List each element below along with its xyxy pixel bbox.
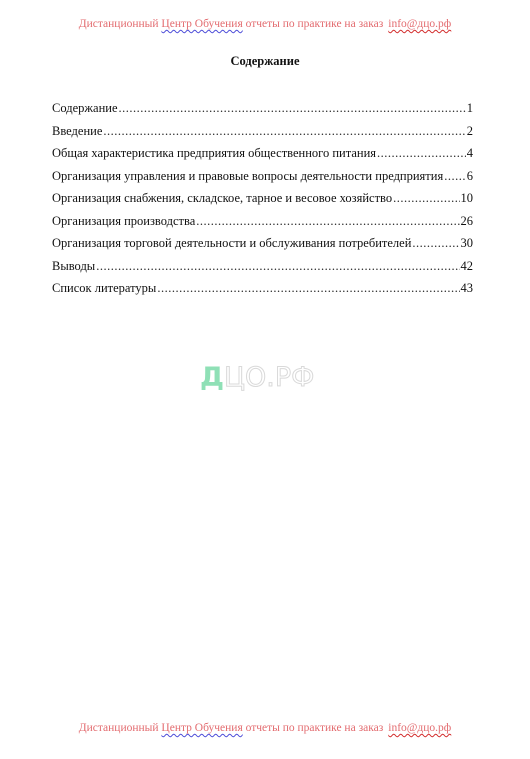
toc-entry-label: Организация снабжения, складское, тарное… <box>52 191 392 206</box>
toc-entry-label: Организация производства <box>52 214 195 229</box>
page-footer: Дистанционный Центр Обучения отчеты по п… <box>0 722 530 734</box>
toc-entry-label: Введение <box>52 124 102 139</box>
header-spellcheck-text: Центр Обучения <box>161 18 242 30</box>
table-of-contents: Содержание 1 Введение 2 Общая характерис… <box>52 101 473 304</box>
toc-entry-page: 43 <box>461 281 474 296</box>
footer-email-link[interactable]: info@дцо.рф <box>388 722 451 734</box>
footer-text-before: Дистанционный <box>79 722 162 734</box>
watermark-logo: ДЦО.РФ <box>200 362 314 393</box>
toc-entry-page: 10 <box>461 191 474 206</box>
toc-leader-dots <box>103 124 465 139</box>
toc-leader-dots <box>96 259 459 274</box>
watermark-outline-text: ЦО.РФ <box>224 362 314 393</box>
toc-entry[interactable]: Организация снабжения, складское, тарное… <box>52 191 473 214</box>
toc-entry-page: 30 <box>461 236 474 251</box>
toc-leader-dots <box>119 101 466 116</box>
toc-entry-page: 42 <box>461 259 474 274</box>
toc-entry-label: Список литературы <box>52 281 156 296</box>
toc-entry[interactable]: Список литературы 43 <box>52 281 473 304</box>
watermark-accent-letter: Д <box>200 362 224 393</box>
toc-entry-page: 1 <box>467 101 473 116</box>
toc-leader-dots <box>196 214 459 229</box>
footer-text-after: отчеты по практике на заказ <box>243 722 384 734</box>
toc-entry-page: 4 <box>467 146 473 161</box>
toc-entry-label: Организация управления и правовые вопрос… <box>52 169 443 184</box>
document-title: Содержание <box>0 54 530 69</box>
toc-entry-label: Организация торговой деятельности и обсл… <box>52 236 411 251</box>
toc-entry[interactable]: Организация торговой деятельности и обсл… <box>52 236 473 259</box>
header-text-after: отчеты по практике на заказ <box>243 18 384 30</box>
footer-spellcheck-text: Центр Обучения <box>161 722 242 734</box>
toc-entry[interactable]: Введение 2 <box>52 124 473 147</box>
toc-entry-label: Выводы <box>52 259 95 274</box>
toc-leader-dots <box>377 146 466 161</box>
toc-entry[interactable]: Выводы 42 <box>52 259 473 282</box>
toc-leader-dots <box>157 281 459 296</box>
toc-entry-page: 2 <box>467 124 473 139</box>
header-text-before: Дистанционный <box>79 18 162 30</box>
toc-leader-dots <box>444 169 466 184</box>
toc-entry[interactable]: Содержание 1 <box>52 101 473 124</box>
toc-entry-label: Общая характеристика предприятия обществ… <box>52 146 376 161</box>
toc-entry-page: 26 <box>461 214 474 229</box>
toc-entry-page: 6 <box>467 169 473 184</box>
toc-entry[interactable]: Организация производства 26 <box>52 214 473 237</box>
toc-leader-dots <box>412 236 459 251</box>
toc-entry-label: Содержание <box>52 101 118 116</box>
toc-entry[interactable]: Общая характеристика предприятия обществ… <box>52 146 473 169</box>
toc-entry[interactable]: Организация управления и правовые вопрос… <box>52 169 473 192</box>
page-header: Дистанционный Центр Обучения отчеты по п… <box>0 18 530 30</box>
header-email-link[interactable]: info@дцо.рф <box>388 18 451 30</box>
toc-leader-dots <box>393 191 459 206</box>
